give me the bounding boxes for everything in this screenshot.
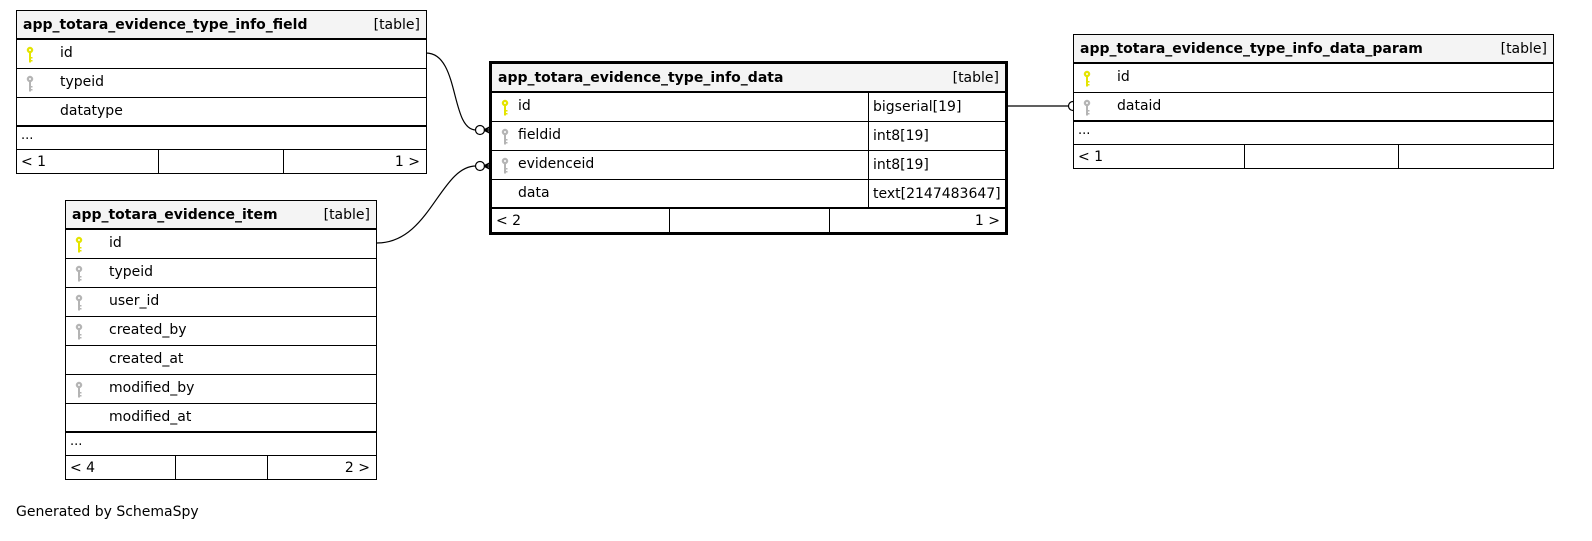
table-data-param[interactable]: app_totara_evidence_type_info_data_param… bbox=[1073, 34, 1554, 169]
column-type: int8[19] bbox=[868, 151, 929, 179]
column-name: modified_by bbox=[109, 380, 194, 396]
table-info-data[interactable]: app_totara_evidence_type_info_data [tabl… bbox=[489, 61, 1008, 235]
table-info-field[interactable]: app_totara_evidence_type_info_field [tab… bbox=[16, 10, 427, 174]
column-row[interactable]: id bbox=[1074, 64, 1553, 93]
column-name: typeid bbox=[109, 264, 153, 280]
column-row[interactable]: id bigserial[19] bbox=[492, 93, 1005, 122]
divider bbox=[829, 209, 830, 232]
column-name: id bbox=[109, 235, 122, 251]
table-name: app_totara_evidence_type_info_data bbox=[492, 70, 953, 86]
column-name: datatype bbox=[60, 103, 123, 119]
column-row[interactable]: user_id bbox=[66, 288, 376, 317]
column-row[interactable]: typeid bbox=[17, 69, 426, 98]
foreign-key-icon bbox=[1082, 99, 1092, 117]
foreign-key-icon bbox=[500, 157, 510, 175]
column-row[interactable]: modified_at bbox=[66, 404, 376, 433]
children-count[interactable]: 2 > bbox=[345, 456, 370, 479]
relationship-evidenceid bbox=[377, 166, 476, 243]
foreign-key-icon bbox=[74, 265, 84, 283]
children-count[interactable]: 1 > bbox=[395, 150, 420, 173]
table-kind: [table] bbox=[374, 17, 426, 33]
table-name: app_totara_evidence_type_info_field bbox=[17, 17, 374, 33]
table-nav: < 2 1 > bbox=[492, 209, 1005, 232]
divider bbox=[158, 150, 159, 173]
relationship-fieldid bbox=[426, 53, 476, 130]
column-name: fieldid bbox=[518, 127, 561, 143]
column-name: created_by bbox=[109, 322, 187, 338]
table-name: app_totara_evidence_type_info_data_param bbox=[1074, 41, 1501, 57]
table-nav: < 1 1 > bbox=[17, 150, 426, 173]
column-name: dataid bbox=[1117, 98, 1161, 114]
zero-marker-icon bbox=[476, 162, 485, 171]
ellipsis: ... bbox=[1074, 123, 1090, 138]
divider bbox=[1244, 145, 1245, 168]
primary-key-icon bbox=[25, 46, 35, 64]
column-row[interactable]: created_at bbox=[66, 346, 376, 375]
more-columns: ... bbox=[17, 127, 426, 150]
column-name: id bbox=[1117, 69, 1130, 85]
table-name: app_totara_evidence_item bbox=[66, 207, 324, 223]
column-name: typeid bbox=[60, 74, 104, 90]
divider bbox=[669, 209, 670, 232]
table-kind: [table] bbox=[953, 70, 1005, 86]
more-columns: ... bbox=[1074, 122, 1553, 145]
table-nav: < 4 2 > bbox=[66, 456, 376, 479]
column-row[interactable]: id bbox=[66, 230, 376, 259]
column-type: text[2147483647] bbox=[868, 180, 1001, 207]
more-columns: ... bbox=[66, 433, 376, 456]
column-row[interactable]: modified_by bbox=[66, 375, 376, 404]
column-row[interactable]: typeid bbox=[66, 259, 376, 288]
column-type: bigserial[19] bbox=[868, 93, 961, 121]
children-count[interactable]: 1 > bbox=[975, 209, 1000, 232]
column-type: int8[19] bbox=[868, 122, 929, 150]
column-name: modified_at bbox=[109, 409, 191, 425]
divider bbox=[1398, 145, 1399, 168]
column-row[interactable]: id bbox=[17, 40, 426, 69]
parents-count[interactable]: < 4 bbox=[70, 456, 95, 479]
column-name: user_id bbox=[109, 293, 159, 309]
primary-key-icon bbox=[1082, 70, 1092, 88]
column-name: evidenceid bbox=[518, 156, 594, 172]
zero-marker-icon bbox=[476, 126, 485, 135]
column-row[interactable]: fieldid int8[19] bbox=[492, 122, 1005, 151]
table-evidence-item[interactable]: app_totara_evidence_item [table] id type… bbox=[65, 200, 377, 480]
column-row[interactable]: dataid bbox=[1074, 93, 1553, 122]
parents-count[interactable]: < 2 bbox=[496, 209, 521, 232]
column-name: created_at bbox=[109, 351, 183, 367]
primary-key-icon bbox=[74, 236, 84, 254]
table-header[interactable]: app_totara_evidence_item [table] bbox=[66, 201, 376, 230]
column-row[interactable]: data text[2147483647] bbox=[492, 180, 1005, 209]
primary-key-icon bbox=[500, 99, 510, 117]
column-row[interactable]: evidenceid int8[19] bbox=[492, 151, 1005, 180]
column-name: id bbox=[60, 45, 73, 61]
column-row[interactable]: datatype bbox=[17, 98, 426, 127]
column-name: id bbox=[518, 98, 531, 114]
table-nav: < 1 bbox=[1074, 145, 1553, 168]
foreign-key-icon bbox=[500, 128, 510, 146]
column-name: data bbox=[518, 185, 550, 201]
table-header[interactable]: app_totara_evidence_type_info_data [tabl… bbox=[492, 64, 1005, 93]
table-kind: [table] bbox=[1501, 41, 1553, 57]
foreign-key-icon bbox=[74, 381, 84, 399]
foreign-key-icon bbox=[74, 294, 84, 312]
divider bbox=[175, 456, 176, 479]
divider bbox=[283, 150, 284, 173]
divider bbox=[267, 456, 268, 479]
generated-by-footer: Generated by SchemaSpy bbox=[16, 504, 199, 520]
table-kind: [table] bbox=[324, 207, 376, 223]
table-header[interactable]: app_totara_evidence_type_info_field [tab… bbox=[17, 11, 426, 40]
foreign-key-icon bbox=[74, 323, 84, 341]
column-row[interactable]: created_by bbox=[66, 317, 376, 346]
parents-count[interactable]: < 1 bbox=[21, 150, 46, 173]
table-header[interactable]: app_totara_evidence_type_info_data_param… bbox=[1074, 35, 1553, 64]
ellipsis: ... bbox=[17, 128, 33, 143]
parents-count[interactable]: < 1 bbox=[1078, 145, 1103, 168]
ellipsis: ... bbox=[66, 434, 82, 449]
foreign-key-icon bbox=[25, 75, 35, 93]
